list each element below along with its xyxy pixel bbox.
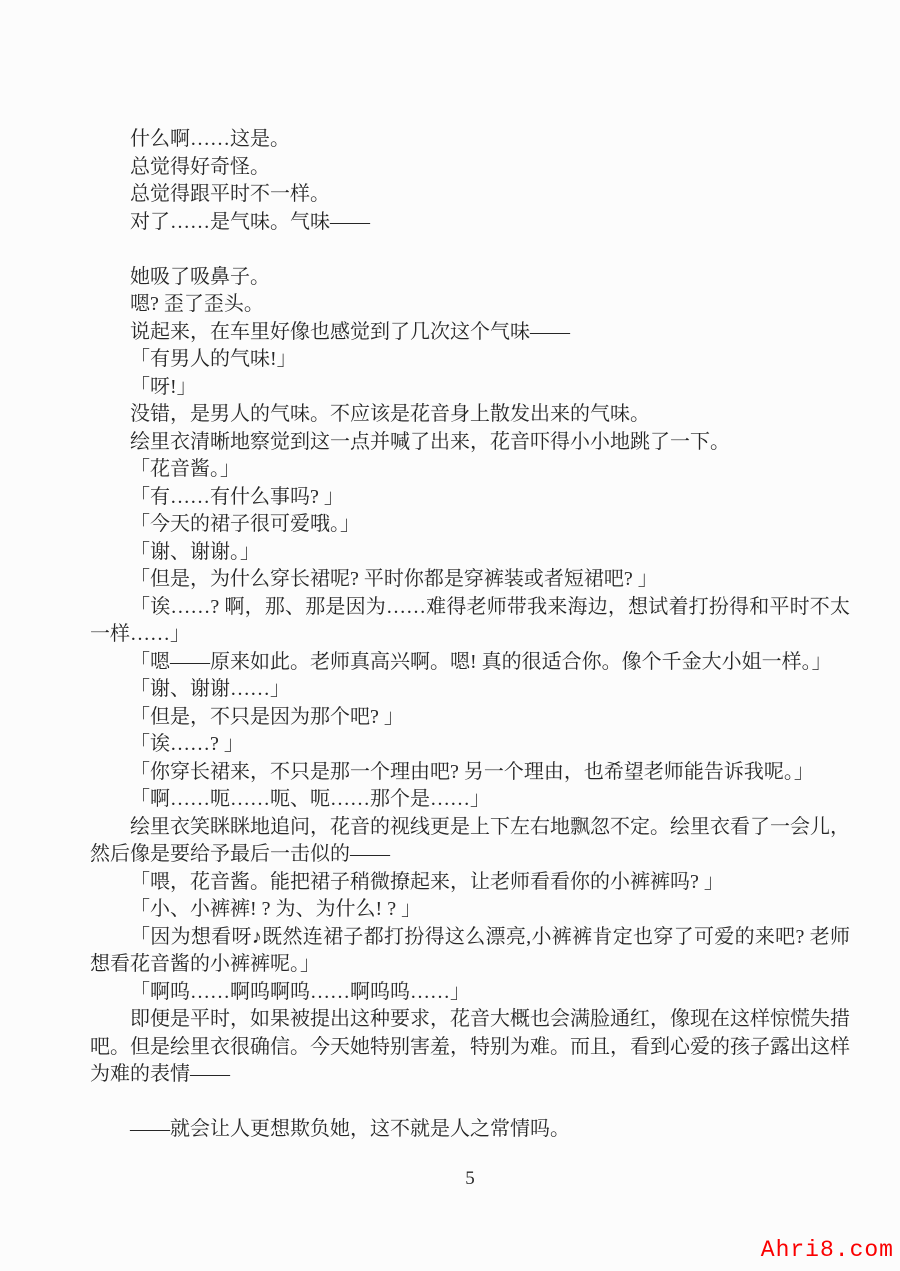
novel-scan-page: 什么啊……这是。 总觉得好奇怪。 总觉得跟平时不一样。 对了……是气味。气味——… [0,0,900,1271]
novel-paragraph: 「喂，花音酱。能把裙子稍微撩起来，让老师看看你的小裤裤吗? 」 [90,869,850,897]
novel-paragraph: 「小、小裤裤! ? 为、为什么! ? 」 [90,896,850,924]
novel-paragraph: 「谢、谢谢……」 [90,676,850,704]
novel-paragraph: 没错，是男人的气味。不应该是花音身上散发出来的气味。 [90,401,850,429]
page-number: 5 [90,1168,850,1190]
watermark-text: Ahri8.com [761,1237,894,1263]
novel-paragraph: 「有男人的气味!」 [90,346,850,374]
blank-line [90,1089,850,1117]
novel-paragraph: 总觉得好奇怪。 [90,154,850,182]
novel-paragraph: 「你穿长裙来，不只是那一个理由吧? 另一个理由，也希望老师能告诉我呢。」 [90,759,850,787]
novel-paragraph: 「但是，不只是因为那个吧? 」 [90,704,850,732]
novel-paragraph: 绘里衣清晰地察觉到这一点并喊了出来，花音吓得小小地跳了一下。 [90,429,850,457]
novel-paragraph: 「诶……? 啊，那、那是因为……难得老师带我来海边，想试着打扮得和平时不太一样…… [90,594,850,649]
novel-paragraph: 总觉得跟平时不一样。 [90,181,850,209]
novel-paragraph: 「啊……呃……呃、呃……那个是……」 [90,786,850,814]
novel-paragraph: ——就会让人更想欺负她，这不就是人之常情吗。 [90,1116,850,1144]
novel-paragraph: 「谢、谢谢。」 [90,539,850,567]
novel-paragraph: 即便是平时，如果被提出这种要求，花音大概也会满脸通红，像现在这样惊慌失措吧。但是… [90,1006,850,1089]
novel-paragraph: 「花音酱。」 [90,456,850,484]
novel-paragraph: 嗯? 歪了歪头。 [90,291,850,319]
novel-paragraph: 对了……是气味。气味—— [90,209,850,237]
novel-body-text: 什么啊……这是。 总觉得好奇怪。 总觉得跟平时不一样。 对了……是气味。气味——… [90,126,850,1144]
novel-paragraph: 绘里衣笑眯眯地追问，花音的视线更是上下左右地飘忽不定。绘里衣看了一会儿，然后像是… [90,814,850,869]
blank-line [90,236,850,264]
novel-paragraph: 「有……有什么事吗? 」 [90,484,850,512]
novel-paragraph: 她吸了吸鼻子。 [90,264,850,292]
novel-paragraph: 「但是，为什么穿长裙呢? 平时你都是穿裤装或者短裙吧? 」 [90,566,850,594]
novel-paragraph: 「啊呜……啊呜啊呜……啊呜呜……」 [90,979,850,1007]
novel-paragraph: 「嗯——原来如此。老师真高兴啊。嗯! 真的很适合你。像个千金大小姐一样。」 [90,649,850,677]
novel-paragraph: 「因为想看呀♪既然连裙子都打扮得这么漂亮,小裤裤肯定也穿了可爱的来吧? 老师想看… [90,924,850,979]
novel-paragraph: 「诶……? 」 [90,731,850,759]
novel-paragraph: 「呀!」 [90,374,850,402]
novel-paragraph: 什么啊……这是。 [90,126,850,154]
novel-paragraph: 「今天的裙子很可爱哦。」 [90,511,850,539]
novel-paragraph: 说起来，在车里好像也感觉到了几次这个气味—— [90,319,850,347]
